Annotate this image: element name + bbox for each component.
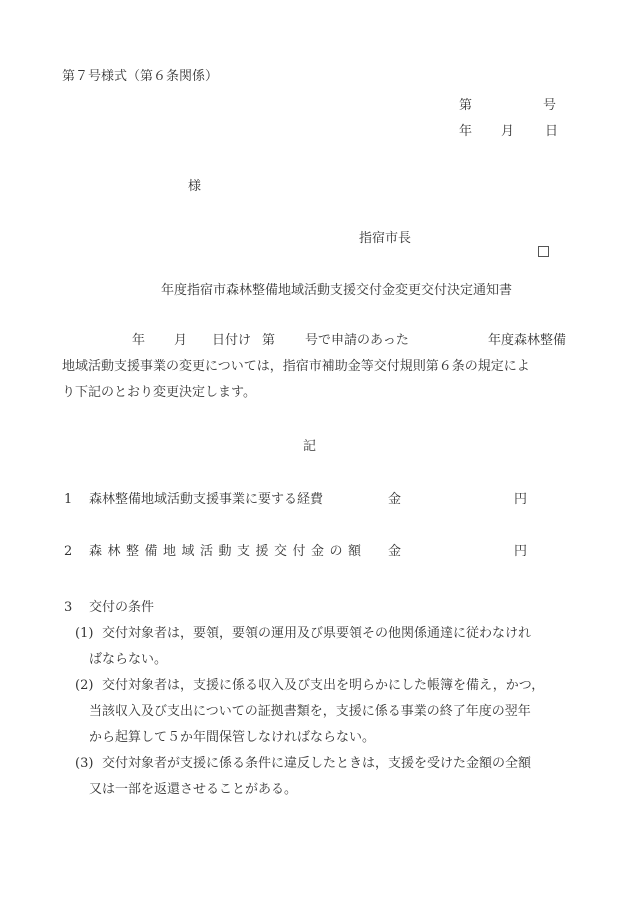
item-2-number: 2 [64, 545, 72, 558]
body-line-3: り下記のとおり変更決定します。 [62, 386, 256, 399]
item-2-yen: 円 [514, 545, 527, 558]
item-2-kin: 金 [388, 545, 401, 558]
item-1-number: 1 [64, 493, 72, 506]
condition-3-line-2: 又は一部を返還させることがある。 [89, 783, 297, 796]
body-month: 月 [174, 334, 187, 347]
date-day: 日 [545, 125, 558, 138]
condition-2-line-2: 当該収入及び支出についての証拠書類を，支援に係る事業の終了年度の翌年 [89, 705, 531, 718]
condition-2-line-1: 交付対象者は，支援に係る収入及び支出を明らかにした帳簿を備え，かつ， [102, 679, 544, 692]
item-2-label: 森林整備地域活動支援交付金の額 [89, 545, 367, 558]
item-1-kin: 金 [388, 493, 401, 506]
date-month: 月 [501, 125, 514, 138]
item-1-yen: 円 [514, 493, 527, 506]
body-line-2: 地域活動支援事業の変更については，指宿市補助金等交付規則第６条の規定によ [62, 360, 530, 373]
condition-1-line-1: 交付対象者は，要領，要領の運用及び県要領その他関係通達に従わなけれ [102, 627, 531, 640]
document-number-prefix: 第 [459, 99, 472, 112]
seal-icon [538, 246, 549, 257]
body-applied: 号で申請のあった [305, 334, 409, 347]
date-year: 年 [459, 125, 472, 138]
seal-mark [530, 233, 549, 260]
document-title: 年度指宿市森林整備地域活動支援交付金変更交付決定通知書 [161, 284, 512, 297]
ki-heading: 記 [303, 440, 316, 453]
conditions-heading: 交付の条件 [89, 601, 154, 614]
condition-3-line-1: 交付対象者が支援に係る条件に違反したときは，支援を受けた金額の全額 [102, 757, 531, 770]
document-number-suffix: 号 [543, 99, 556, 112]
condition-3-number: (3) [75, 757, 93, 770]
item-1-label: 森林整備地域活動支援事業に要する経費 [89, 493, 323, 506]
condition-2-line-3: から起算して５か年間保管しなければならない。 [89, 731, 375, 744]
condition-1-number: (1) [75, 627, 93, 640]
condition-1-line-2: ばならない。 [89, 653, 167, 666]
item-3-number: 3 [64, 601, 72, 614]
issuer-name: 指宿市長 [359, 232, 411, 245]
body-year: 年 [132, 334, 145, 347]
body-day-dated: 日付け [212, 334, 251, 347]
condition-2-number: (2) [75, 679, 93, 692]
body-fiscal-year: 年度森林整備 [488, 334, 566, 347]
form-label: 第７号様式（第６条関係） [62, 70, 218, 83]
body-no-prefix: 第 [262, 334, 275, 347]
addressee-suffix: 様 [188, 180, 201, 193]
